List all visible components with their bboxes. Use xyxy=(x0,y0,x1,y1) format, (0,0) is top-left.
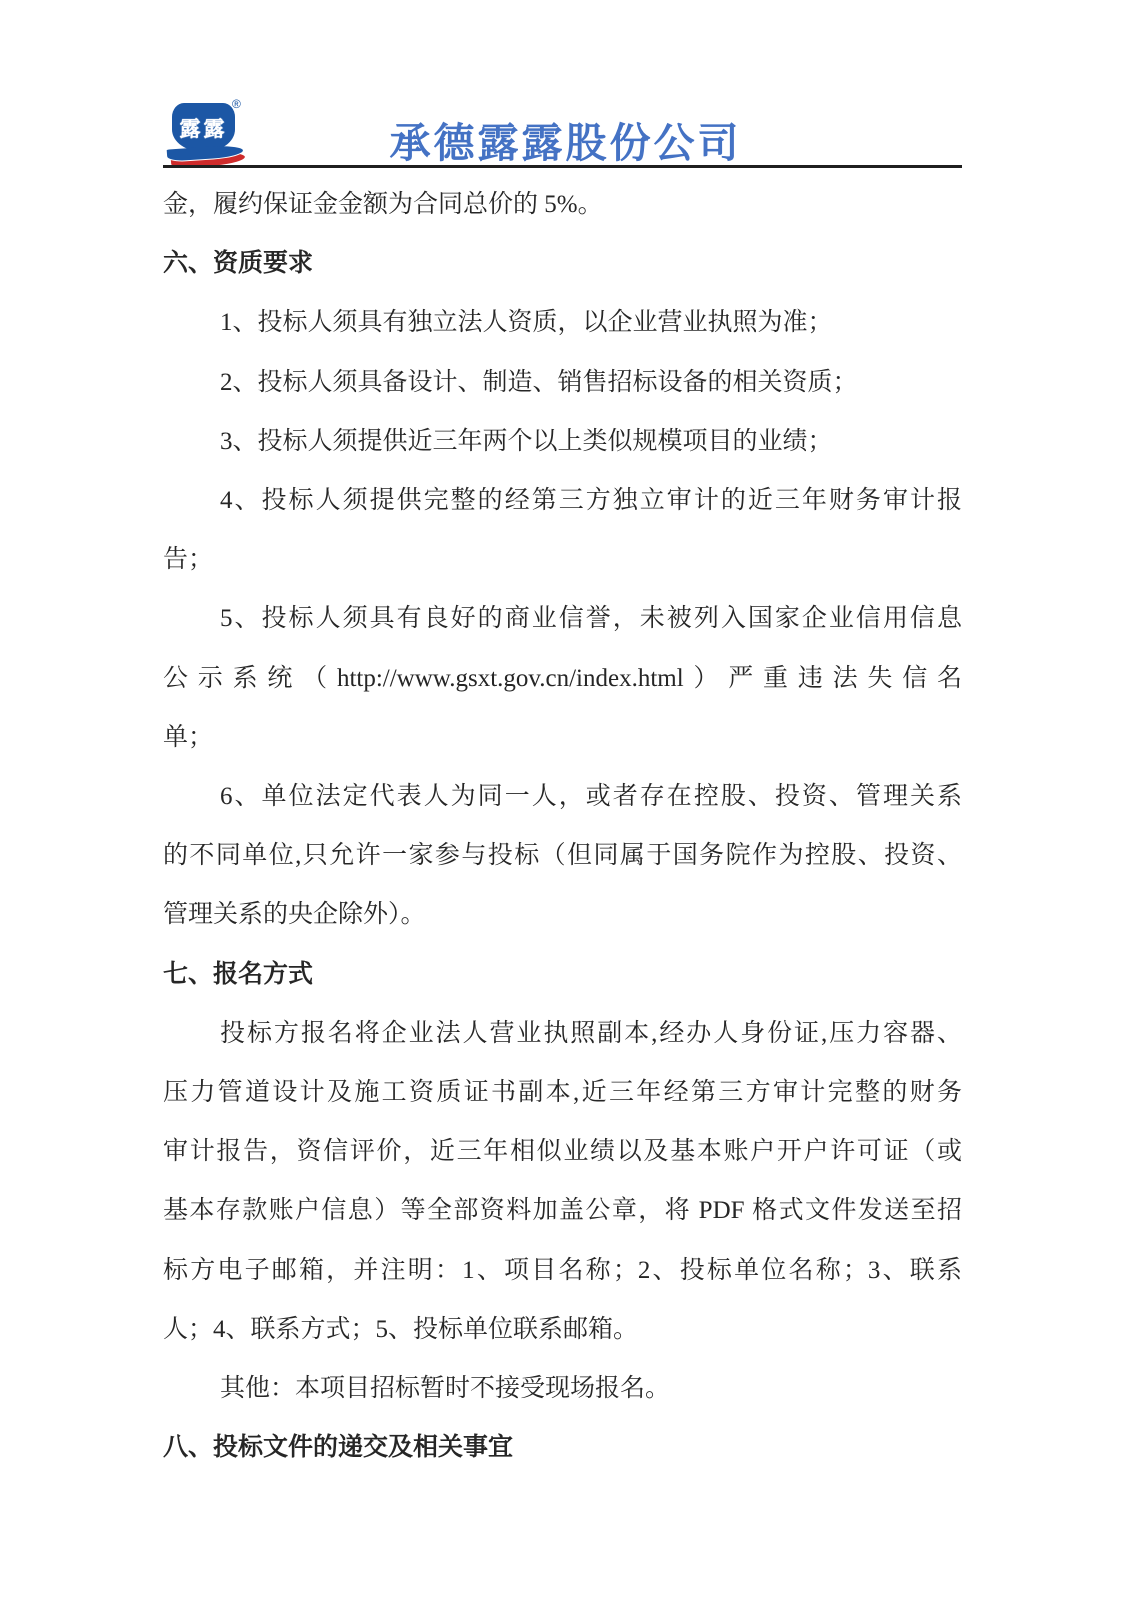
registered-trademark-icon: ® xyxy=(232,97,241,111)
doc-line-16: 审计报告，资信评价，近三年相似业绩以及基本账户开户许可证（或 xyxy=(163,1122,962,1181)
doc-line-19: 人；4、联系方式；5、投标单位联系邮箱。 xyxy=(163,1300,962,1359)
doc-line-9: 单； xyxy=(163,708,962,767)
doc-line-14: 投标方报名将企业法人营业执照副本,经办人身份证,压力容器、 xyxy=(163,1004,962,1063)
header-divider xyxy=(163,165,962,168)
section-heading-7: 七、报名方式 xyxy=(163,945,962,1004)
doc-line-18: 标方电子邮箱，并注明：1、项目名称；2、投标单位名称；3、联系 xyxy=(163,1241,962,1300)
doc-line-2: 1、投标人须具有独立法人资质，以企业营业执照为准； xyxy=(163,293,962,352)
doc-line-12: 管理关系的央企除外）。 xyxy=(163,885,962,944)
doc-line-8: 公示系统（http://www.gsxt.gov.cn/index.html）严… xyxy=(163,649,962,708)
company-name: 承德露露股份公司 xyxy=(0,110,1131,169)
doc-line-4: 3、投标人须提供近三年两个以上类似规模项目的业绩； xyxy=(163,412,962,471)
doc-line-7: 5、投标人须具有良好的商业信誉，未被列入国家企业信用信息 xyxy=(163,589,962,648)
document-body: 金，履约保证金金额为合同总价的 5%。 六、资质要求 1、投标人须具有独立法人资… xyxy=(163,175,962,1477)
section-heading-8: 八、投标文件的递交及相关事宜 xyxy=(163,1418,962,1477)
doc-line-17: 基本存款账户信息）等全部资料加盖公章，将 PDF 格式文件发送至招 xyxy=(163,1181,962,1240)
doc-line-15: 压力管道设计及施工资质证书副本,近三年经第三方审计完整的财务 xyxy=(163,1063,962,1122)
section-heading-6: 六、资质要求 xyxy=(163,234,962,293)
doc-line-0: 金，履约保证金金额为合同总价的 5%。 xyxy=(163,175,962,234)
doc-line-10: 6、单位法定代表人为同一人，或者存在控股、投资、管理关系 xyxy=(163,767,962,826)
doc-line-20: 其他：本项目招标暂时不接受现场报名。 xyxy=(163,1359,962,1418)
document-page: 露露 ® 承德露露股份公司 金，履约保证金金额为合同总价的 5%。 六、资质要求… xyxy=(0,0,1131,1600)
doc-line-5: 4、投标人须提供完整的经第三方独立审计的近三年财务审计报 xyxy=(163,471,962,530)
doc-line-6: 告； xyxy=(163,530,962,589)
doc-line-11: 的不同单位,只允许一家参与投标（但同属于国务院作为控股、投资、 xyxy=(163,826,962,885)
doc-line-3: 2、投标人须具备设计、制造、销售招标设备的相关资质； xyxy=(163,353,962,412)
